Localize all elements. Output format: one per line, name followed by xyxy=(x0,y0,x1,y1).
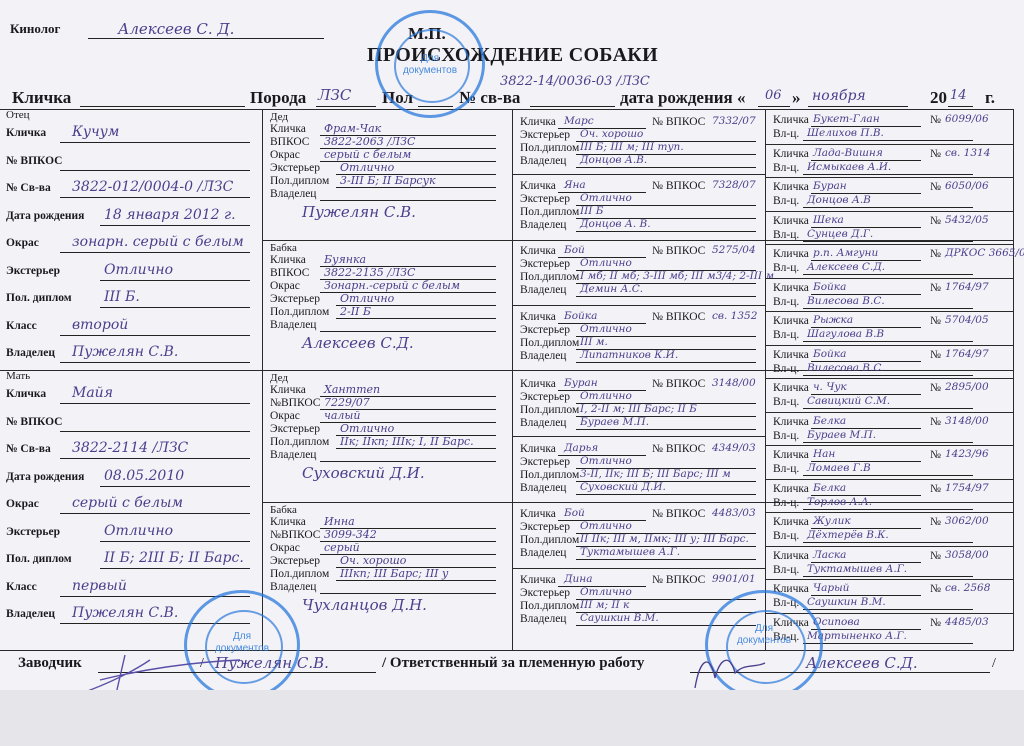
ggp-label-vpkos: № ВПКОС xyxy=(652,311,705,323)
grandparent-field-label: Кличка xyxy=(270,123,306,135)
great-great-grandparent-entry: КличкаНан№1423/96Вл-ц.Ломаев Г.В xyxy=(765,447,1013,479)
grandparent-field-label: Владелец xyxy=(270,188,316,200)
ggp-label-exterior: Экстерьер xyxy=(520,129,570,141)
great-great-grandparent-entry: Кличкач. Чук№2895/00Вл-ц.Савицкий С.М. xyxy=(765,380,1013,412)
gggp-label-owner: Вл-ц. xyxy=(773,128,799,140)
gggp-label-owner: Вл-ц. xyxy=(773,396,799,408)
great-great-grandparent-entry: Кличкар.п. Амгуни№ДРКОС 3665/02Вл-ц.Алек… xyxy=(765,246,1013,278)
gggp-value-num: 1754/97 xyxy=(945,482,989,494)
ggp-value-diploma: III м. xyxy=(580,336,608,348)
gggp-label-owner: Вл-ц. xyxy=(773,296,799,308)
ggp-label-owner: Владелец xyxy=(520,284,566,296)
gggp-value-klichka: р.п. Амгуни xyxy=(813,247,878,259)
father-field-label: Дата рождения xyxy=(6,210,84,222)
gggp-label-klichka: Кличка xyxy=(773,282,809,294)
gggp-value-num: св. 1314 xyxy=(945,147,990,159)
grandparent-field-value: IIIкп; III Барс; III у xyxy=(340,567,448,580)
grandparent-field-label: №ВПКОС xyxy=(270,397,320,409)
great-great-grandparent-entry: КличкаЖулик№3062/00Вл-ц.Дёхтерёв В.К. xyxy=(765,514,1013,546)
ggp-label-klichka: Кличка xyxy=(520,311,556,323)
gggp-label-owner: Вл-ц. xyxy=(773,430,799,442)
great-grandparent-entry: КличкаДарьяЭкстерьерОтличноПол.диплом3-I… xyxy=(512,439,765,501)
ggp-value-vpkos: 4483/03 xyxy=(712,507,756,519)
dob-year-prefix: 20 xyxy=(930,88,947,108)
ggp-label-diploma: Пол.диплом xyxy=(520,600,579,612)
ggp-label-diploma: Пол.диплом xyxy=(520,337,579,349)
gggp-label-klichka: Кличка xyxy=(773,449,809,461)
father-field-label: Пол. диплом xyxy=(6,292,72,304)
mother-field-value: первый xyxy=(72,578,127,594)
gggp-value-owner: Дёхтерёв В.К. xyxy=(807,529,889,541)
father-field-value: 3822-012/0004-0 /ЛЗС xyxy=(72,179,233,195)
ggp-label-vpkos: № ВПКОС xyxy=(652,116,705,128)
ggp-label-klichka: Кличка xyxy=(520,180,556,192)
ggp-label-exterior: Экстерьер xyxy=(520,391,570,403)
stamp-top: Для документов xyxy=(375,10,485,118)
gggp-label-owner: Вл-ц. xyxy=(773,564,799,576)
ggp-label-owner: Владелец xyxy=(520,547,566,559)
father-field-label: Владелец xyxy=(6,347,55,359)
grandparent-owner: Суховский Д.И. xyxy=(302,464,425,482)
gggp-value-owner: Шагулова В.В xyxy=(807,328,884,340)
ggp-value-owner: Суховский Д.И. xyxy=(580,481,666,493)
grandparent-field-label: Окрас xyxy=(270,410,300,422)
grandparent-field-label: Владелец xyxy=(270,319,316,331)
ggp-value-diploma: 3-II, IIк; III Б; III Барс; III м xyxy=(580,468,731,480)
scan-margin xyxy=(0,690,1024,746)
mother-section-label: Мать xyxy=(6,370,30,382)
grandparent-field-label: Экстерьер xyxy=(270,162,320,174)
gggp-label-klichka: Кличка xyxy=(773,382,809,394)
ggp-value-exterior: Отлично xyxy=(580,520,632,532)
ggp-label-klichka: Кличка xyxy=(520,378,556,390)
mother-field-label: Владелец xyxy=(6,608,55,620)
ggp-label-klichka: Кличка xyxy=(520,245,556,257)
grandparent-field-value: Отлично xyxy=(340,422,394,435)
grandparent-owner: Чухланцов Д.Н. xyxy=(302,596,427,614)
grandparent-field-label: Окрас xyxy=(270,149,300,161)
great-great-grandparents-column: КличкаБукет-Глан№6099/06Вл-ц.Шелихов П.В… xyxy=(765,109,1013,650)
great-great-grandparent-entry: КличкаЛада-Вишня№св. 1314Вл-ц.Исмыкаев А… xyxy=(765,146,1013,178)
ggp-value-vpkos: 9901/01 xyxy=(712,573,756,585)
grandparent-field-label: Экстерьер xyxy=(270,555,320,567)
mother-field-label: Пол. диплом xyxy=(6,553,72,565)
great-great-grandparent-entry: КличкаШека№5432/05Вл-ц.Сунцев Д.Г. xyxy=(765,213,1013,245)
gggp-value-klichka: Чарый xyxy=(813,582,849,594)
responsible-label: / Ответственный за племенную работу xyxy=(382,655,644,672)
ggp-value-klichka: Бойка xyxy=(564,310,597,322)
grandparent-field-value: 3099-342 xyxy=(324,528,377,541)
gggp-label-num: № xyxy=(930,416,941,428)
grandparent-field-value: 3-III Б; II Барсук xyxy=(340,174,436,187)
ggp-value-exterior: Отлично xyxy=(580,323,632,335)
grandfather-maternal: ДедКличкаХанттеп№ВПКОС7229/07ОкрасчалыйЭ… xyxy=(262,370,512,502)
ggp-value-exterior: Отлично xyxy=(580,455,632,467)
gggp-value-num: 5432/05 xyxy=(945,214,989,226)
ggp-label-vpkos: № ВПКОС xyxy=(652,508,705,520)
mother-field-label: Экстерьер xyxy=(6,526,60,538)
gggp-label-num: № xyxy=(930,215,941,227)
grandparent-section-label: Дед xyxy=(270,111,288,123)
ggp-label-exterior: Экстерьер xyxy=(520,193,570,205)
ggp-label-diploma: Пол.диплом xyxy=(520,271,579,283)
ggp-value-diploma: III м; II к xyxy=(580,599,629,611)
grandparent-field-label: Владелец xyxy=(270,581,316,593)
grandparent-field-value: Фрам-Чак xyxy=(324,122,381,135)
father-field-value: 18 января 2012 г. xyxy=(104,207,236,223)
father-field-value: зонарн. серый с белым xyxy=(72,234,244,250)
gggp-value-klichka: Рыжка xyxy=(813,314,853,326)
ggp-value-vpkos: 4349/03 xyxy=(712,442,756,454)
ggp-label-exterior: Экстерьер xyxy=(520,587,570,599)
gggp-label-num: № xyxy=(930,148,941,160)
father-field-value: Отлично xyxy=(104,262,173,278)
ggp-label-diploma: Пол.диплом xyxy=(520,469,579,481)
grandparent-section-label: Бабка xyxy=(270,504,297,516)
father-field-label: Класс xyxy=(6,320,37,332)
great-great-grandparent-entry: КличкаБойка№1764/97Вл-ц.Вилесова В.С. xyxy=(765,347,1013,379)
gggp-value-klichka: Жулик xyxy=(813,515,851,527)
grandparent-field-value: Оч. хорошо xyxy=(340,554,406,567)
father-section-label: Отец xyxy=(6,109,30,121)
gggp-value-owner: Туктамышев А.Г. xyxy=(807,563,907,575)
gggp-label-num: № xyxy=(930,449,941,461)
mother-field-value: серый с белым xyxy=(72,495,183,511)
gggp-label-klichka: Кличка xyxy=(773,181,809,193)
ggp-label-vpkos: № ВПКОС xyxy=(652,378,705,390)
grandfather-paternal: ДедКличкаФрам-ЧакВПКОС3822-2063 /ЛЗСОкра… xyxy=(262,109,512,240)
great-great-grandparent-entry: КличкаБукет-Глан№6099/06Вл-ц.Шелихов П.В… xyxy=(765,112,1013,144)
ggp-value-exterior: Отлично xyxy=(580,257,632,269)
gggp-value-klichka: Белка xyxy=(813,482,846,494)
gggp-label-num: № xyxy=(930,550,941,562)
grandparent-field-value: Зонарн.-серый с белым xyxy=(324,279,460,292)
gggp-value-owner: Алексеев С.Д. xyxy=(807,261,885,273)
gggp-label-num: № xyxy=(930,516,941,528)
dob-month: ноября xyxy=(812,88,866,104)
mother-field-label: № ВПКОС xyxy=(6,416,63,428)
ggp-label-owner: Владелец xyxy=(520,417,566,429)
great-great-grandparent-entry: КличкаБойка№1764/97Вл-ц.Вилесова В.С. xyxy=(765,280,1013,312)
gggp-label-owner: Вл-ц. xyxy=(773,329,799,341)
ggp-value-vpkos: св. 1352 xyxy=(712,310,757,322)
gggp-value-klichka: Шека xyxy=(813,214,844,226)
ggp-value-klichka: Дина xyxy=(564,573,592,585)
gggp-value-num: св. 2568 xyxy=(945,582,990,594)
kinolog-field: Кинолог xyxy=(10,20,60,38)
ggp-value-exterior: Оч. хорошо xyxy=(580,128,643,140)
gggp-label-klichka: Кличка xyxy=(773,550,809,562)
grandparent-field-value: чалый xyxy=(324,409,360,422)
ggp-value-vpkos: 3148/00 xyxy=(712,377,756,389)
gggp-label-num: № xyxy=(930,248,941,260)
gggp-label-num: № xyxy=(930,583,941,595)
grandmother-maternal: БабкаКличкаИнна№ВПКОС3099-342ОкрассерыйЭ… xyxy=(262,502,512,650)
gggp-label-num: № xyxy=(930,282,941,294)
grandparent-field-label: Кличка xyxy=(270,516,306,528)
gggp-value-owner: Донцов А.В xyxy=(807,194,871,206)
gggp-label-owner: Вл-ц. xyxy=(773,497,799,509)
mother-field-label: Окрас xyxy=(6,498,39,510)
gggp-label-klichka: Кличка xyxy=(773,516,809,528)
mother-field-value: Майя xyxy=(72,385,113,401)
dob-year: 14 xyxy=(950,88,967,103)
ggp-value-owner: Липатников К.И. xyxy=(580,349,678,361)
gggp-label-num: № xyxy=(930,181,941,193)
ggp-value-owner: Донцов А.В. xyxy=(580,154,647,166)
grandparent-field-value: Ханттеп xyxy=(324,383,380,396)
grandparent-field-label: №ВПКОС xyxy=(270,529,320,541)
grandparent-field-label: Пол.диплом xyxy=(270,436,329,448)
gggp-label-owner: Вл-ц. xyxy=(773,463,799,475)
gggp-value-owner: Савицкий С.М. xyxy=(807,395,890,407)
mother-field-label: № Св-ва xyxy=(6,443,51,455)
great-great-grandparent-entry: КличкаЛаска№3058/00Вл-ц.Туктамышев А.Г. xyxy=(765,548,1013,580)
dob-label: дата рождения « xyxy=(620,88,746,108)
gggp-value-owner: Ломаев Г.В xyxy=(807,462,871,474)
gggp-label-num: № xyxy=(930,382,941,394)
gggp-value-owner: Саушкин В.М. xyxy=(807,596,886,608)
klichka-label: Кличка xyxy=(12,88,71,108)
gggp-value-owner: Сунцев Д.Г. xyxy=(807,228,873,240)
gggp-label-klichka: Кличка xyxy=(773,315,809,327)
great-grandparent-entry: КличкаБойкаЭкстерьерОтличноПол.дипломIII… xyxy=(512,307,765,369)
great-grandparent-entry: КличкаЯнаЭкстерьерОтличноПол.дипломIII Б… xyxy=(512,176,765,238)
mother-field-value: Отлично xyxy=(104,523,173,539)
gggp-value-owner: Торлов А.А. xyxy=(807,496,872,508)
father-field-label: № Св-ва xyxy=(6,182,51,194)
ggp-label-vpkos: № ВПКОС xyxy=(652,245,705,257)
ggp-label-klichka: Кличка xyxy=(520,116,556,128)
ggp-value-owner: Донцов А. В. xyxy=(580,218,651,230)
gggp-value-num: 6099/06 xyxy=(945,113,989,125)
grandparent-owner: Алексеев С.Д. xyxy=(302,334,414,352)
ggp-label-owner: Владелец xyxy=(520,155,566,167)
gggp-label-num: № xyxy=(930,114,941,126)
gggp-label-owner: Вл-ц. xyxy=(773,229,799,241)
grandparent-field-value: серый с белым xyxy=(324,148,411,161)
grandparent-section-label: Дед xyxy=(270,372,288,384)
grandparent-field-value: 3822-2063 /ЛЗС xyxy=(324,135,415,148)
ggp-label-vpkos: № ВПКОС xyxy=(652,443,705,455)
gggp-label-num: № xyxy=(930,483,941,495)
gggp-value-owner: Исмыкаев А.И. xyxy=(807,161,891,173)
gggp-label-num: № xyxy=(930,617,941,629)
grandparent-field-value: 2-II Б xyxy=(340,305,371,318)
gggp-value-num: 2895/00 xyxy=(945,381,989,393)
mother-field-value: Пужелян С.В. xyxy=(72,605,178,621)
great-grandparents-column: КличкаМарсЭкстерьерОч. хорошоПол.дипломI… xyxy=(512,109,765,650)
ggp-value-diploma: I, 2-II м; III Барс; II Б xyxy=(580,403,697,415)
father-field-label: № ВПКОС xyxy=(6,155,63,167)
ggp-label-klichka: Кличка xyxy=(520,574,556,586)
ggp-value-owner: Туктамышев А.Г. xyxy=(580,546,680,558)
ggp-value-diploma: III Б xyxy=(580,205,604,217)
father-section: ОтецКличкаКучум№ ВПКОС№ Св-ва3822-012/00… xyxy=(0,109,262,370)
grandparent-field-label: Окрас xyxy=(270,542,300,554)
ggp-value-owner: Демин А.С. xyxy=(580,283,643,295)
ggp-label-diploma: Пол.диплом xyxy=(520,206,579,218)
great-great-grandparent-entry: КличкаБуран№6050/06Вл-ц.Донцов А.В xyxy=(765,179,1013,211)
gggp-value-num: 5704/05 xyxy=(945,314,989,326)
gggp-label-klichka: Кличка xyxy=(773,215,809,227)
gggp-label-klichka: Кличка xyxy=(773,483,809,495)
gggp-label-owner: Вл-ц. xyxy=(773,530,799,542)
gggp-label-num: № xyxy=(930,349,941,361)
gggp-value-owner: Вилесова В.С. xyxy=(807,362,885,374)
gggp-value-klichka: Бойка xyxy=(813,348,846,360)
ggp-label-klichka: Кличка xyxy=(520,443,556,455)
ggp-value-exterior: Отлично xyxy=(580,586,632,598)
ggp-value-diploma: II IIк; III м, IIмк; III у; III Барс. xyxy=(580,533,749,545)
grandparent-field-label: ВПКОС xyxy=(270,267,309,279)
grandparent-field-value: серый xyxy=(324,541,360,554)
great-grandparent-entry: КличкаБуранЭкстерьерОтличноПол.дипломI, … xyxy=(512,374,765,436)
pedigree-document: Кинолог Алексеев С. Д. М.П. ПРОИСХОЖДЕНИ… xyxy=(0,0,1024,690)
ggp-value-klichka: Бой xyxy=(564,507,585,519)
grandparent-field-label: ВПКОС xyxy=(270,136,309,148)
grandparent-field-label: Экстерьер xyxy=(270,423,320,435)
gggp-label-owner: Вл-ц. xyxy=(773,195,799,207)
gggp-value-num: 4485/03 xyxy=(945,616,989,628)
dob-suffix: г. xyxy=(985,88,995,108)
great-grandparent-entry: КличкаМарсЭкстерьерОч. хорошоПол.дипломI… xyxy=(512,112,765,174)
mother-field-value: 08.05.2010 xyxy=(104,468,184,484)
poroda-value: ЛЗС xyxy=(318,86,351,104)
gggp-label-owner: Вл-ц. xyxy=(773,262,799,274)
gggp-label-klichka: Кличка xyxy=(773,349,809,361)
gggp-value-klichka: Букет-Глан xyxy=(813,113,880,125)
gggp-value-owner: Вилесова В.С. xyxy=(807,295,885,307)
great-grandparent-entry: КличкаБойЭкстерьерОтличноПол.дипломII II… xyxy=(512,504,765,566)
kinolog-value: Алексеев С. Д. xyxy=(118,20,234,38)
grandparent-field-label: Кличка xyxy=(270,384,306,396)
gggp-value-owner: Бураев М.П. xyxy=(807,429,876,441)
gggp-label-klichka: Кличка xyxy=(773,148,809,160)
ggp-value-vpkos: 7332/07 xyxy=(712,115,756,127)
grandparent-field-label: Пол.диплом xyxy=(270,568,329,580)
ggp-value-klichka: Буран xyxy=(564,377,598,389)
grandparent-field-value: 3822-2135 /ЛЗС xyxy=(324,266,415,279)
gggp-value-klichka: ч. Чук xyxy=(813,381,847,393)
gggp-label-num: № xyxy=(930,315,941,327)
grandparent-owner: Пужелян С.В. xyxy=(302,203,416,221)
mother-field-value: II Б; 2III Б; II Барс. xyxy=(104,550,244,566)
gggp-value-klichka: Нан xyxy=(813,448,835,460)
ggp-label-diploma: Пол.диплом xyxy=(520,142,579,154)
ggp-value-vpkos: 5275/04 xyxy=(712,244,756,256)
gggp-value-klichka: Лада-Вишня xyxy=(813,147,883,159)
ggp-value-diploma: I мб; II мб; 3-III мб; III м3/4; 2-III м xyxy=(580,270,774,282)
ggp-label-exterior: Экстерьер xyxy=(520,324,570,336)
gggp-value-num: 6050/06 xyxy=(945,180,989,192)
grandparent-field-value: Отлично xyxy=(340,161,394,174)
mother-field-value: 3822-2114 /ЛЗС xyxy=(72,440,188,456)
dob-sep: » xyxy=(792,88,801,108)
ggp-value-vpkos: 7328/07 xyxy=(712,179,756,191)
ggp-label-owner: Владелец xyxy=(520,350,566,362)
grandmother-paternal: БабкаКличкаБуянкаВПКОС3822-2135 /ЛЗСОкра… xyxy=(262,240,512,370)
ggp-value-exterior: Отлично xyxy=(580,192,632,204)
gggp-value-num: 3058/00 xyxy=(945,549,989,561)
responsible-value: Алексеев С.Д. xyxy=(806,654,918,672)
grandparent-field-label: Владелец xyxy=(270,449,316,461)
gggp-value-num: 1423/96 xyxy=(945,448,989,460)
ggp-value-klichka: Дарья xyxy=(564,442,598,454)
gggp-label-owner: Вл-ц. xyxy=(773,162,799,174)
gggp-value-klichka: Бойка xyxy=(813,281,846,293)
ggp-label-owner: Владелец xyxy=(520,219,566,231)
poroda-label: Порода xyxy=(250,88,306,108)
gggp-value-num: ДРКОС 3665/02 xyxy=(945,247,1024,259)
father-field-value: III Б. xyxy=(104,289,140,305)
grandparent-field-label: Пол.диплом xyxy=(270,306,329,318)
gggp-value-klichka: Буран xyxy=(813,180,847,192)
grandparent-field-value: 7229/07 xyxy=(324,396,370,409)
father-field-value: Кучум xyxy=(72,124,119,140)
ggp-label-vpkos: № ВПКОС xyxy=(652,180,705,192)
ggp-value-klichka: Яна xyxy=(564,179,586,191)
ggp-label-exterior: Экстерьер xyxy=(520,456,570,468)
mother-field-label: Дата рождения xyxy=(6,471,84,483)
grandparent-field-value: Инна xyxy=(324,515,355,528)
father-field-label: Кличка xyxy=(6,127,46,139)
ggp-label-owner: Владелец xyxy=(520,613,566,625)
ggp-label-diploma: Пол.диплом xyxy=(520,534,579,546)
ggp-label-vpkos: № ВПКОС xyxy=(652,574,705,586)
grandparent-field-label: Экстерьер xyxy=(270,293,320,305)
ggp-label-owner: Владелец xyxy=(520,482,566,494)
mother-field-label: Кличка xyxy=(6,388,46,400)
gggp-label-klichka: Кличка xyxy=(773,248,809,260)
father-field-label: Экстерьер xyxy=(6,265,60,277)
gggp-label-owner: Вл-ц. xyxy=(773,363,799,375)
grandparent-field-label: Окрас xyxy=(270,280,300,292)
great-great-grandparent-entry: КличкаРыжка№5704/05Вл-ц.Шагулова В.В xyxy=(765,313,1013,345)
grandparent-field-value: Буянка xyxy=(324,253,366,266)
gggp-value-num: 3062/00 xyxy=(945,515,989,527)
gggp-value-num: 1764/97 xyxy=(945,348,989,360)
gggp-value-klichka: Белка xyxy=(813,415,846,427)
grandparent-field-value: Отлично xyxy=(340,292,394,305)
great-great-grandparent-entry: КличкаБелка№1754/97Вл-ц.Торлов А.А. xyxy=(765,481,1013,513)
grandparent-section-label: Бабка xyxy=(270,242,297,254)
gggp-label-klichka: Кличка xyxy=(773,416,809,428)
ggp-value-owner: Саушкин В.М. xyxy=(580,612,659,624)
mother-field-label: Класс xyxy=(6,581,37,593)
grandparent-field-label: Кличка xyxy=(270,254,306,266)
kinolog-label: Кинолог xyxy=(10,21,60,36)
gggp-value-klichka: Ласка xyxy=(813,549,846,561)
ggp-value-klichka: Бой xyxy=(564,244,585,256)
gggp-value-klichka: Осипова xyxy=(813,616,860,628)
ggp-label-exterior: Экстерьер xyxy=(520,258,570,270)
great-grandparent-entry: КличкаБойЭкстерьерОтличноПол.дипломI мб;… xyxy=(512,241,765,303)
father-field-label: Окрас xyxy=(6,237,39,249)
ggp-label-klichka: Кличка xyxy=(520,508,556,520)
father-field-value: второй xyxy=(72,317,128,333)
grandparent-field-label: Пол.диплом xyxy=(270,175,329,187)
gggp-label-klichka: Кличка xyxy=(773,114,809,126)
ggp-value-diploma: III Б; III м; III туп. xyxy=(580,141,684,153)
ggp-value-owner: Бураев М.П. xyxy=(580,416,649,428)
father-field-value: Пужелян С.В. xyxy=(72,344,178,360)
gggp-value-owner: Шелихов П.В. xyxy=(807,127,884,139)
ggp-label-diploma: Пол.диплом xyxy=(520,404,579,416)
gggp-value-num: 3148/00 xyxy=(945,415,989,427)
grandparent-field-value: IIк; IIкп; IIIк; I, II Барс. xyxy=(340,435,474,448)
ggp-value-klichka: Марс xyxy=(564,115,594,127)
